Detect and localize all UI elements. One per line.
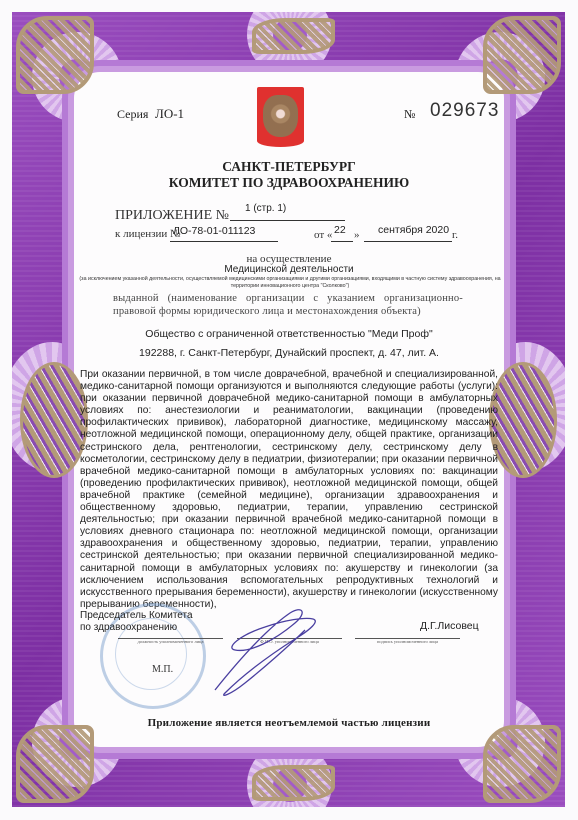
activity-exclusion: (за исключением указанной деятельности, … — [70, 276, 510, 290]
date-day-underline — [331, 241, 353, 242]
signer-position: Председатель Комитета по здравоохранению — [80, 610, 193, 634]
appendix-number: 1 (стр. 1) — [245, 203, 286, 214]
organization-name: Общество с ограниченной ответственностью… — [0, 328, 578, 340]
licensed-services-text: При оказании первичной, в том числе довр… — [80, 369, 498, 611]
signer-position-line2: по здравоохранению — [80, 622, 193, 634]
date-month-year: сентября 2020 — [378, 224, 449, 236]
signature-caption: подпись уполномоченного лица — [355, 639, 460, 644]
date-suffix: г. — [452, 229, 458, 241]
license-number: ЛО-78-01-011123 — [173, 225, 255, 237]
appendix-integral-part-note: Приложение является неотъемлемой частью … — [0, 717, 578, 729]
date-prefix: от « — [314, 229, 332, 241]
number-label: № — [404, 107, 415, 122]
issued-to-caption: выданной (наименование организации с ука… — [113, 292, 463, 318]
date-month-underline — [364, 241, 452, 242]
organization-address: 192288, г. Санкт-Петербург, Дунайский пр… — [0, 347, 578, 359]
activity-type: Медицинской деятельности — [0, 264, 578, 275]
double-headed-eagle-icon — [263, 95, 298, 137]
appendix-label: ПРИЛОЖЕНИЕ № — [115, 208, 229, 224]
license-number-underline — [170, 241, 278, 242]
license-number-label: к лицензии № — [115, 228, 181, 240]
date-quote-close: » — [354, 229, 360, 241]
appendix-number-underline — [230, 220, 345, 221]
signer-name: Д.Г.Лисовец — [420, 620, 479, 632]
series-value: ЛО-1 — [155, 106, 184, 122]
signature-field: подпись уполномоченного лица — [355, 638, 460, 644]
document-content: Серия ЛО-1 № 029673 САНКТ-ПЕТЕРБУРГ КОМИ… — [0, 0, 578, 820]
date-day: 22 — [334, 224, 346, 236]
handwritten-signature-icon — [195, 605, 335, 700]
series-label: Серия — [117, 107, 148, 122]
city-heading: САНКТ-ПЕТЕРБУРГ — [0, 159, 578, 175]
signer-position-line1: Председатель Комитета — [80, 610, 193, 622]
form-number: 029673 — [430, 100, 499, 122]
coat-of-arms-icon — [257, 87, 304, 147]
authority-heading: КОМИТЕТ ПО ЗДРАВООХРАНЕНИЮ — [0, 175, 578, 191]
seal-placeholder-label: М.П. — [152, 664, 173, 675]
